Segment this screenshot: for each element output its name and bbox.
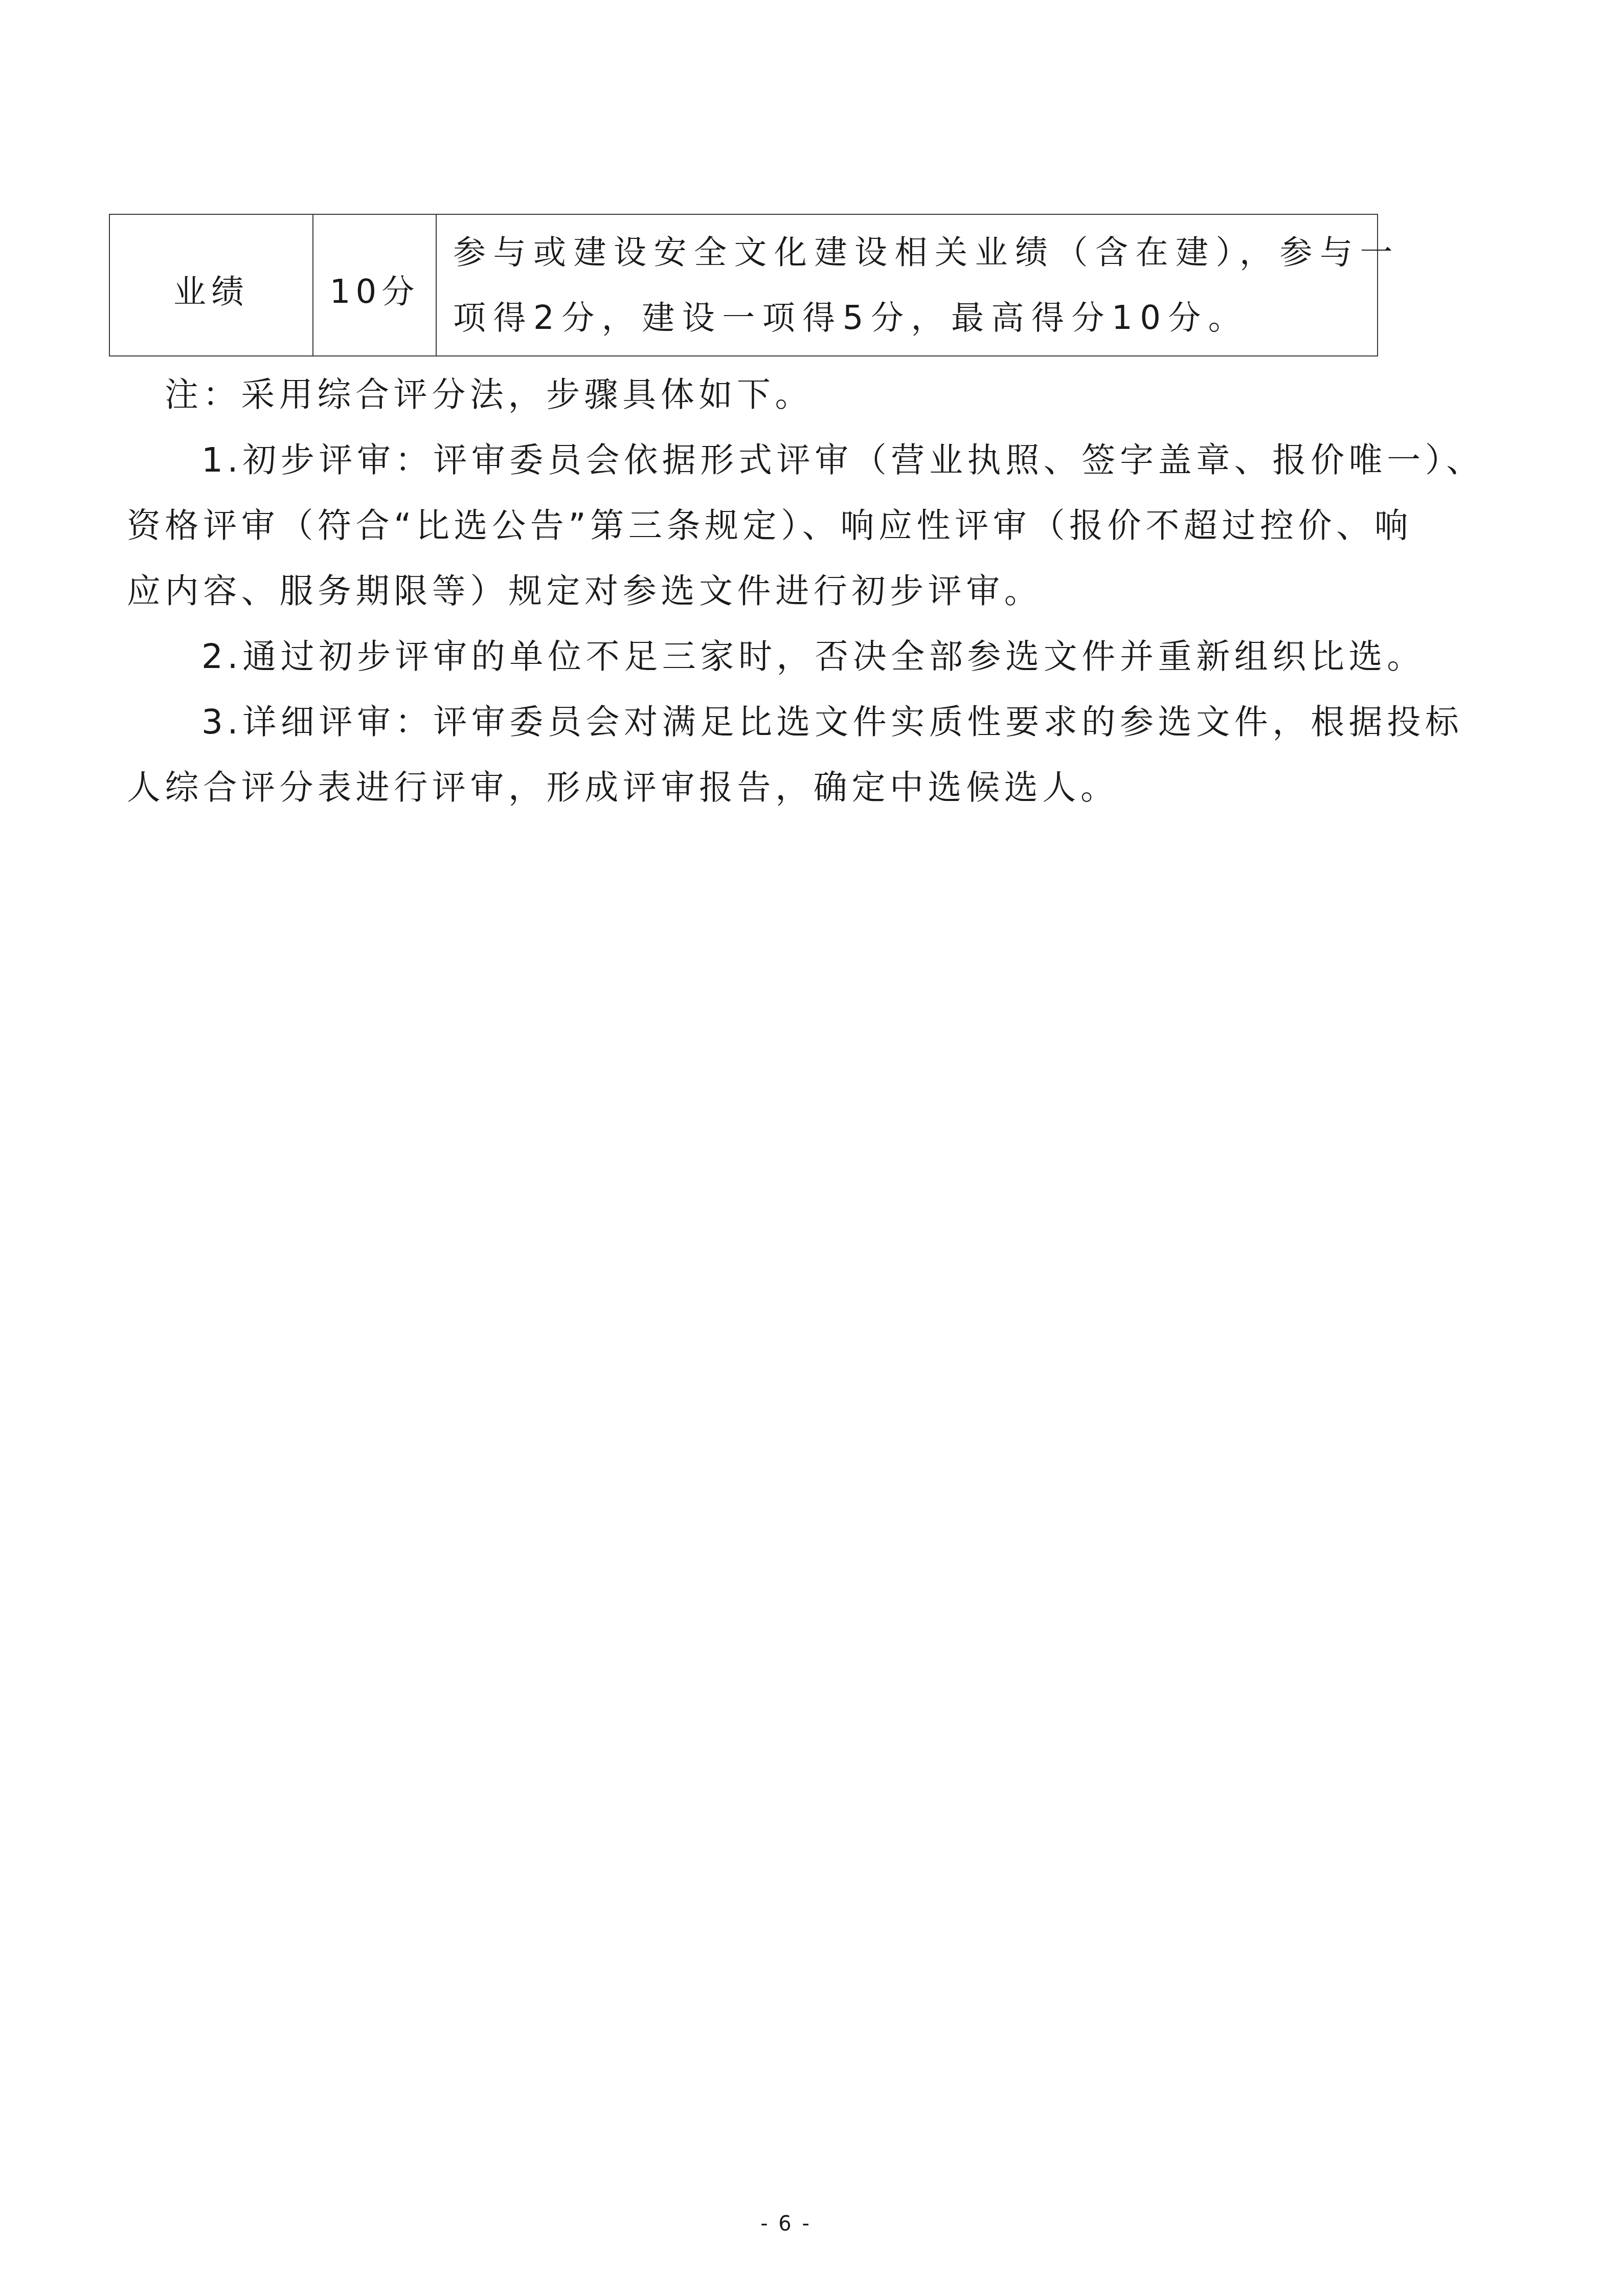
note-intro: 注：采用综合评分法，步骤具体如下。 xyxy=(127,362,1456,428)
score-cell: 10分 xyxy=(313,214,436,356)
score-value: 10分 xyxy=(330,273,419,311)
document-page: 业绩 10分 参与或建设安全文化建设相关业绩（含在建），参与一 项得2分，建设一… xyxy=(0,0,1623,2296)
paragraph-line: 人综合评分表进行评审，形成评审报告，确定中选候选人。 xyxy=(127,755,1456,820)
paragraph-line: 2.通过初步评审的单位不足三家时，否决全部参选文件并重新组织比选。 xyxy=(127,624,1456,689)
description-line: 参与或建设安全文化建设相关业绩（含在建），参与一 xyxy=(453,220,1377,285)
paragraph-line: 1.初步评审：评审委员会依据形式评审（营业执照、签字盖章、报价唯一）、 xyxy=(127,428,1456,493)
criterion-label: 业绩 xyxy=(173,273,249,311)
step-1-paragraph: 1.初步评审：评审委员会依据形式评审（营业执照、签字盖章、报价唯一）、 资格评审… xyxy=(127,428,1456,624)
page-number: - 6 - xyxy=(735,2210,837,2238)
paragraph-line: 应内容、服务期限等）规定对参选文件进行初步评审。 xyxy=(127,559,1456,624)
scoring-table: 业绩 10分 参与或建设安全文化建设相关业绩（含在建），参与一 项得2分，建设一… xyxy=(109,214,1378,356)
step-2-paragraph: 2.通过初步评审的单位不足三家时，否决全部参选文件并重新组织比选。 xyxy=(127,624,1456,689)
step-3-paragraph: 3.详细评审：评审委员会对满足比选文件实质性要求的参选文件，根据投标 人综合评分… xyxy=(127,689,1456,820)
criterion-cell: 业绩 xyxy=(109,214,313,356)
table-row: 业绩 10分 参与或建设安全文化建设相关业绩（含在建），参与一 项得2分，建设一… xyxy=(109,214,1378,356)
description-line: 项得2分，建设一项得5分，最高得分10分。 xyxy=(453,285,1377,351)
paragraph-line: 资格评审（符合“比选公告”第三条规定）、响应性评审（报价不超过控价、响 xyxy=(127,493,1456,559)
paragraph-line: 3.详细评审：评审委员会对满足比选文件实质性要求的参选文件，根据投标 xyxy=(127,689,1456,755)
description-cell: 参与或建设安全文化建设相关业绩（含在建），参与一 项得2分，建设一项得5分，最高… xyxy=(436,214,1378,356)
evaluation-notes: 注：采用综合评分法，步骤具体如下。 1.初步评审：评审委员会依据形式评审（营业执… xyxy=(127,362,1456,820)
